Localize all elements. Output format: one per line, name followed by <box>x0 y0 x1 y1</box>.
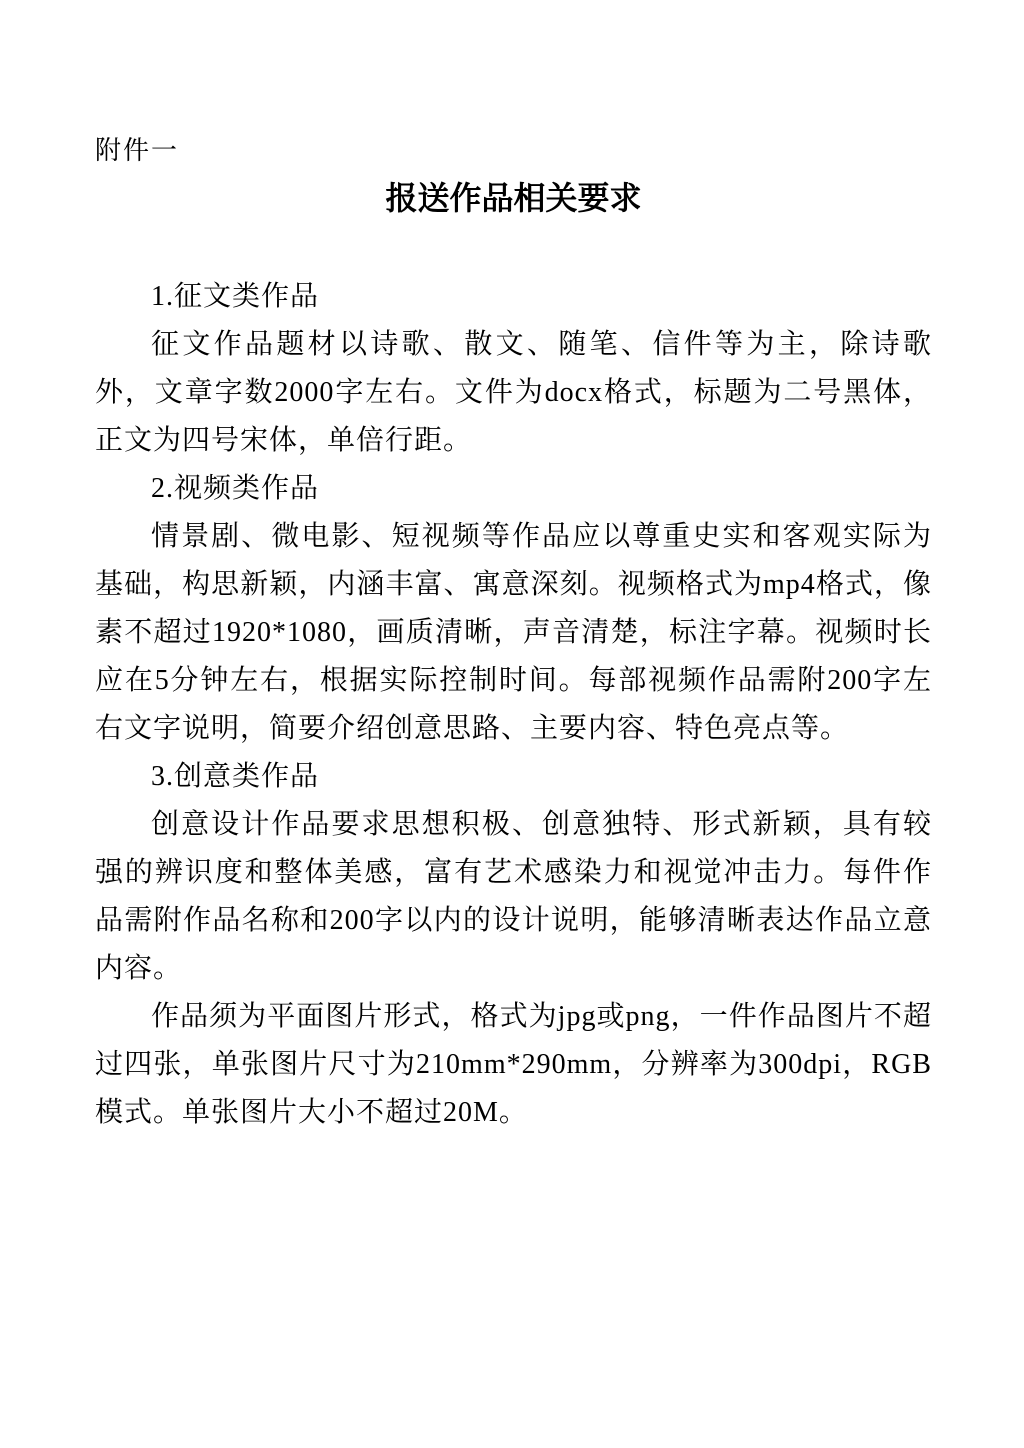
document-title: 报送作品相关要求 <box>95 180 932 216</box>
section-heading-video: 2.视频类作品 <box>95 465 932 513</box>
section-heading-essay: 1.征文类作品 <box>95 273 932 321</box>
document-body: 1.征文类作品 征文作品题材以诗歌、散文、随笔、信件等为主，除诗歌外，文章字数2… <box>95 273 932 1137</box>
paragraph-image-format-requirements: 作品须为平面图片形式，格式为jpg或png，一件作品图片不超过四张，单张图片尺寸… <box>95 993 932 1137</box>
paragraph-essay-requirements: 征文作品题材以诗歌、散文、随笔、信件等为主，除诗歌外，文章字数2000字左右。文… <box>95 321 932 465</box>
document-page: 附件一 报送作品相关要求 1.征文类作品 征文作品题材以诗歌、散文、随笔、信件等… <box>0 0 1024 1448</box>
attachment-label: 附件一 <box>95 137 932 165</box>
section-heading-creative: 3.创意类作品 <box>95 753 932 801</box>
paragraph-creative-requirements: 创意设计作品要求思想积极、创意独特、形式新颖，具有较强的辨识度和整体美感，富有艺… <box>95 801 932 993</box>
paragraph-video-requirements: 情景剧、微电影、短视频等作品应以尊重史实和客观实际为基础，构思新颖，内涵丰富、寓… <box>95 513 932 753</box>
